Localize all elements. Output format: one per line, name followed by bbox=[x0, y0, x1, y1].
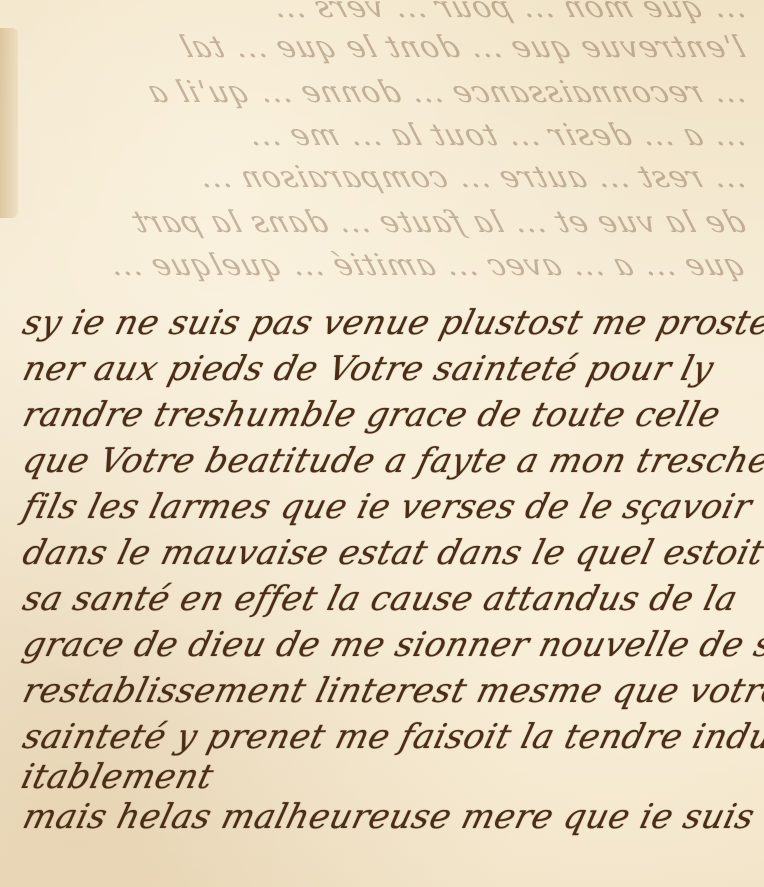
letter-line: itablement bbox=[18, 760, 764, 794]
manuscript-page: ... que mon ... pour ... vers ... l'entr… bbox=[0, 0, 764, 887]
letter-line: sainteté y prenet me faisoit la tendre i… bbox=[18, 714, 764, 760]
letter-line: grace de dieu de me sionner nouvelle de … bbox=[18, 622, 764, 668]
bleed-line: de la vue et ... la faute ... dans la pa… bbox=[127, 205, 750, 240]
bleed-line: ... reconnaissance ... donne ... qu'il a bbox=[142, 75, 750, 110]
bleed-through-text: ... que mon ... pour ... vers ... l'entr… bbox=[0, 0, 764, 300]
letter-line: sa santé en effet la cause attandus de l… bbox=[18, 576, 764, 622]
bleed-line: ... que mon ... pour ... vers ... bbox=[267, 0, 750, 25]
letter-line: dans le mauvaise estat dans le quel esto… bbox=[18, 530, 764, 576]
letter-line: que Votre beatitude a fayte a mon tresch… bbox=[18, 438, 764, 484]
bleed-line: l'entrevue que ... dont le que ... tal bbox=[175, 30, 750, 65]
bleed-line: ... a ... desir ... tout la ... me ... bbox=[242, 118, 750, 153]
letter-line: mais helas malheureuse mere que ie suis bbox=[18, 794, 764, 840]
letter-line: randre treshumble grace de toute celle bbox=[18, 392, 764, 438]
letter-line: sy ie ne suis pas venue plustost me pros… bbox=[18, 300, 764, 346]
letter-line: ner aux pieds de Votre sainteté pour ly bbox=[18, 346, 764, 392]
letter-body: sy ie ne suis pas venue plustost me pros… bbox=[18, 300, 764, 840]
letter-line: fils les larmes que ie verses de le sçav… bbox=[18, 484, 764, 530]
bleed-line: ... rest ... autre ... comparaison ... bbox=[193, 160, 750, 195]
bleed-line: que ... a ... avec ... amitié ... quelqu… bbox=[103, 248, 749, 283]
letter-line: restablissement linterest mesme que votr… bbox=[18, 668, 764, 714]
